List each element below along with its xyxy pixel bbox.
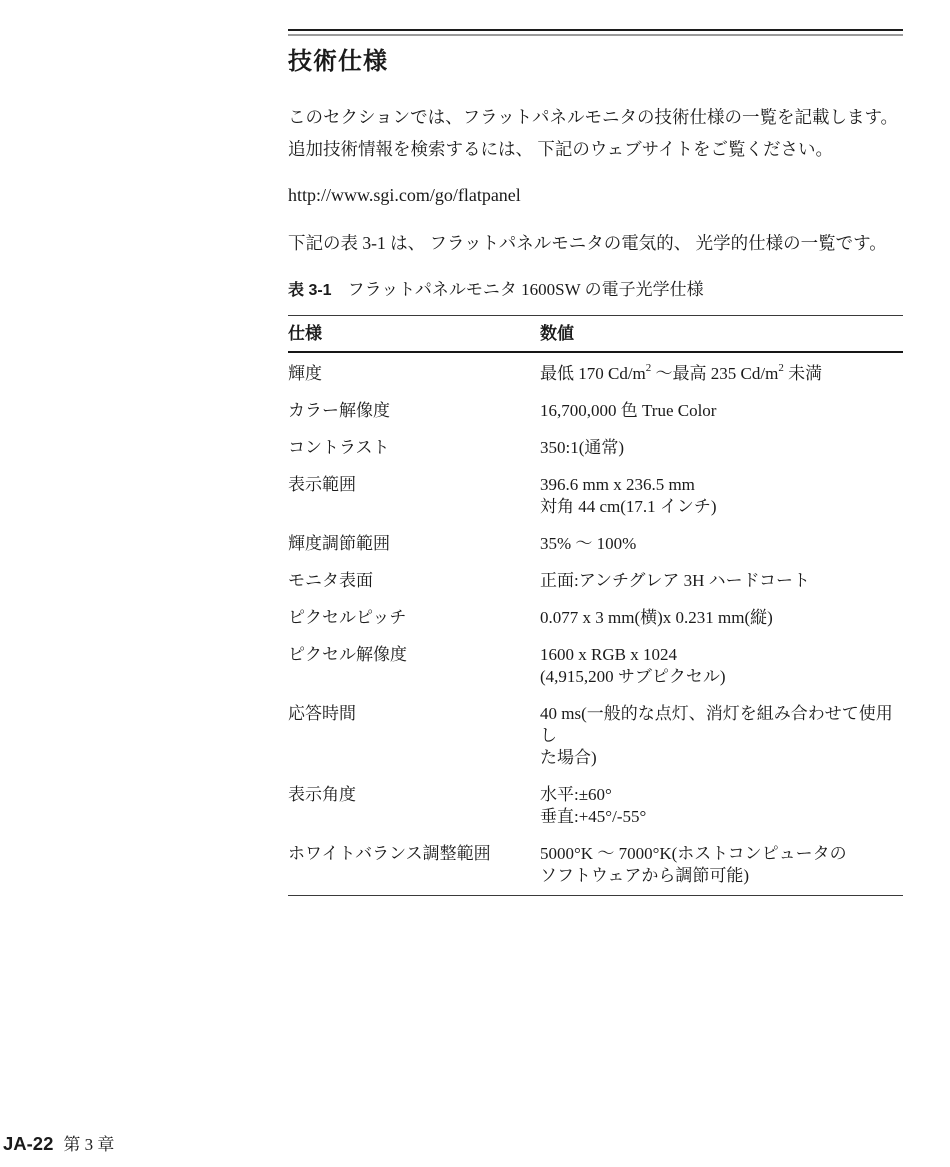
table-row: 応答時間40 ms(一般的な点灯、消灯を組み合わせて使用した場合) (288, 703, 903, 784)
table-caption-text: フラットパネルモニタ 1600SW の電子光学仕様 (348, 280, 704, 299)
spec-name: ピクセルピッチ (288, 607, 540, 629)
intro-paragraph: このセクションでは、フラットパネルモニタの技術仕様の一覧を記載します。 追加技術… (288, 101, 920, 165)
spec-table: 仕様 数値 輝度最低 170 Cd/m2 ～最高 235 Cd/m2 未満カラー… (288, 315, 903, 896)
table-row: コントラスト350:1(通常) (288, 437, 903, 474)
spec-value: 35% ～ 100% (540, 533, 903, 555)
spec-value: 最低 170 Cd/m2 ～最高 235 Cd/m2 未満 (540, 363, 903, 385)
spec-name: ピクセル解像度 (288, 644, 540, 688)
table-row: ピクセルピッチ0.077 x 3 mm(横)x 0.231 mm(縦) (288, 607, 903, 644)
spec-name: 輝度 (288, 363, 540, 385)
spec-name: コントラスト (288, 437, 540, 459)
chapter-label: 第 3 章 (63, 1135, 114, 1154)
spec-value: 16,700,000 色 True Color (540, 400, 903, 422)
table-row: 表示角度水平:±60°垂直:+45°/-55° (288, 784, 903, 843)
table-row: ホワイトバランス調整範囲5000°K ～ 7000°K(ホストコンピュータのソフ… (288, 843, 903, 895)
column-header-value: 数値 (540, 323, 903, 345)
table-row: カラー解像度16,700,000 色 True Color (288, 400, 903, 437)
table-header-row: 仕様 数値 (288, 315, 903, 353)
spec-value: 40 ms(一般的な点灯、消灯を組み合わせて使用した場合) (540, 703, 903, 769)
column-header-spec: 仕様 (288, 323, 540, 345)
spec-name: ホワイトバランス調整範囲 (288, 843, 540, 887)
spec-name: 輝度調節範囲 (288, 533, 540, 555)
url-text: http://www.sgi.com/go/flatpanel (288, 182, 950, 208)
table-row: ピクセル解像度1600 x RGB x 1024(4,915,200 サブピクセ… (288, 644, 903, 703)
spec-name: 表示範囲 (288, 474, 540, 518)
page-footer: JA-22第 3 章 (3, 1132, 114, 1157)
spec-name: 表示角度 (288, 784, 540, 828)
page-title: 技術仕様 (288, 47, 910, 77)
spec-name: 応答時間 (288, 703, 540, 769)
spec-value: 350:1(通常) (540, 437, 903, 459)
table-row: 輝度最低 170 Cd/m2 ～最高 235 Cd/m2 未満 (288, 363, 903, 400)
spec-value: 水平:±60°垂直:+45°/-55° (540, 784, 903, 828)
spec-name: モニタ表面 (288, 570, 540, 592)
table-label: 表 3-1 (288, 282, 332, 299)
intro-line-1: このセクションでは、フラットパネルモニタの技術仕様の一覧を記載します。 (288, 101, 920, 133)
spec-value: 正面:アンチグレア 3H ハードコート (540, 570, 903, 592)
manual-page: 技術仕様 このセクションでは、フラットパネルモニタの技術仕様の一覧を記載します。… (0, 29, 950, 896)
spec-value: 1600 x RGB x 1024(4,915,200 サブピクセル) (540, 644, 903, 688)
table-intro-paragraph: 下記の表 3-1 は、 フラットパネルモニタの電気的、 光学的仕様の一覧です。 (288, 230, 950, 256)
table-body: 輝度最低 170 Cd/m2 ～最高 235 Cd/m2 未満カラー解像度16,… (288, 353, 903, 895)
page-number: JA-22 (3, 1133, 53, 1154)
intro-line-2: 追加技術情報を検索するには、 下記のウェブサイトをご覧ください。 (288, 133, 920, 165)
section-divider (288, 29, 903, 36)
table-row: モニタ表面正面:アンチグレア 3H ハードコート (288, 570, 903, 607)
table-caption: 表 3-1フラットパネルモニタ 1600SW の電子光学仕様 (288, 278, 950, 303)
spec-value: 396.6 mm x 236.5 mm対角 44 cm(17.1 インチ) (540, 474, 903, 518)
table-row: 輝度調節範囲35% ～ 100% (288, 533, 903, 570)
spec-value: 0.077 x 3 mm(横)x 0.231 mm(縦) (540, 607, 903, 629)
spec-name: カラー解像度 (288, 400, 540, 422)
table-row: 表示範囲396.6 mm x 236.5 mm対角 44 cm(17.1 インチ… (288, 474, 903, 533)
spec-value: 5000°K ～ 7000°K(ホストコンピュータのソフトウェアから調節可能) (540, 843, 903, 887)
